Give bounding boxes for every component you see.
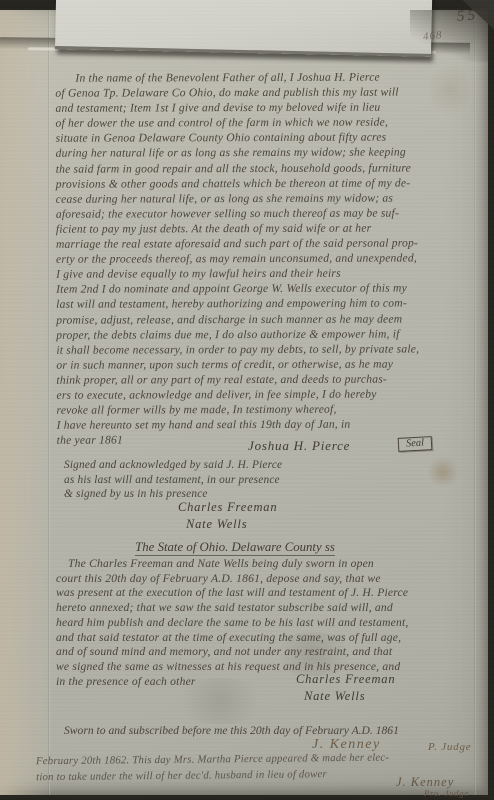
jurat-line: Sworn to and subscribed before me this 2… [64,724,464,737]
witness-signature-freeman: Charles Freeman [178,500,277,515]
probate-heading: The State of Ohio. Delaware County ss [0,540,470,555]
manuscript-line: it shall become necessary, in order to p… [56,341,472,358]
left-fold-crease [48,10,50,795]
manuscript-line: aforesaid; the executor however selling … [56,205,472,222]
will-text-block: In the name of the Benevolent Father of … [55,69,472,448]
manuscript-line: marriage the real estate aforesaid and s… [56,235,472,252]
manuscript-line: cease during her natural life, or as lon… [56,190,472,207]
manuscript-line: last will and testament, hereby authoriz… [56,296,472,313]
manuscript-line: The Charles Freeman and Nate Wells being… [56,557,472,572]
manuscript-line: revoke all former wills by me made, In t… [57,401,473,418]
manuscript-line: situate in Genoa Delaware County Ohio co… [56,130,472,147]
manuscript-line: think proper, all or any part of my real… [56,371,472,388]
previous-page-corner [55,0,432,57]
probate-text-block: The Charles Freeman and Nate Wells being… [56,557,472,689]
manuscript-line: was present at the execution of the last… [56,586,472,601]
manuscript-line: and that said testator at the time of ex… [56,631,472,646]
witness-signature-wells: Nate Wells [186,517,247,532]
manuscript-line: the said farm in good repair and all the… [56,160,472,177]
manuscript-line: court this 20th day of February A.D. 186… [56,572,472,587]
manuscript-line: ficient to pay my just debts. At the dea… [56,220,472,237]
manuscript-line: heard him publish and declare the same t… [56,616,472,631]
manuscript-line: erty or the proceeds thereof, as may rem… [56,250,472,267]
manuscript-line: promise, adjust, release, and discharge … [56,311,472,328]
manuscript-line: proper, the debts claims due me, I do al… [56,326,472,343]
manuscript-line: and testament; Item 1st I give and devis… [55,99,471,116]
manuscript-line: and of sound mind and memory, and not un… [56,645,472,660]
judge-title-2: Pro. Judge [424,788,469,798]
manuscript-line: Item 2nd I do nominate and appoint Georg… [56,281,472,298]
manuscript-line: of her dower the use and control of the … [56,115,472,132]
manuscript-line: during her natural life or as long as sh… [56,145,472,162]
manuscript-line: as his last will and testament, in our p… [64,473,394,488]
attestation-block: Signed and acknowledged by said J. H. Pi… [64,458,394,502]
manuscript-line: I have hereunto set my hand and seal thi… [57,416,473,433]
testator-signature: Joshua H. Pierce [248,438,350,454]
manuscript-line: ers to execute, acknowledge and deliver,… [56,386,472,403]
witness-signature-freeman-2: Charles Freeman [296,672,395,687]
manuscript-line: In the name of the Benevolent Father of … [55,69,471,86]
probate-heading-text: The State of Ohio. Delaware County ss [135,540,335,556]
manuscript-line: hereto annexed; that we saw the said tes… [56,601,472,616]
manuscript-line: or in such manner, upon such terms of cr… [56,356,472,373]
manuscript-line: of Genoa Tp. Delaware Co Ohio, do make a… [55,84,471,101]
manuscript-line: in the presence of each other [56,675,472,690]
record-book-scan: In the name of the Benevolent Father of … [0,0,494,800]
manuscript-line: we signed the same as witnesses at his r… [56,660,472,675]
manuscript-line: I give and devise equally to my lawful h… [56,265,472,282]
right-fold-crease [474,10,476,795]
corner-notation: 468 [422,29,443,43]
witness-signature-wells-2: Nate Wells [304,689,365,704]
manuscript-line: Signed and acknowledged by said J. H. Pi… [64,458,394,473]
page-number: 55 [456,7,478,25]
paper-stain [428,455,458,489]
manuscript-line: provisions & other goods and chattels wh… [56,175,472,192]
seal-mark: Seal [398,436,433,452]
